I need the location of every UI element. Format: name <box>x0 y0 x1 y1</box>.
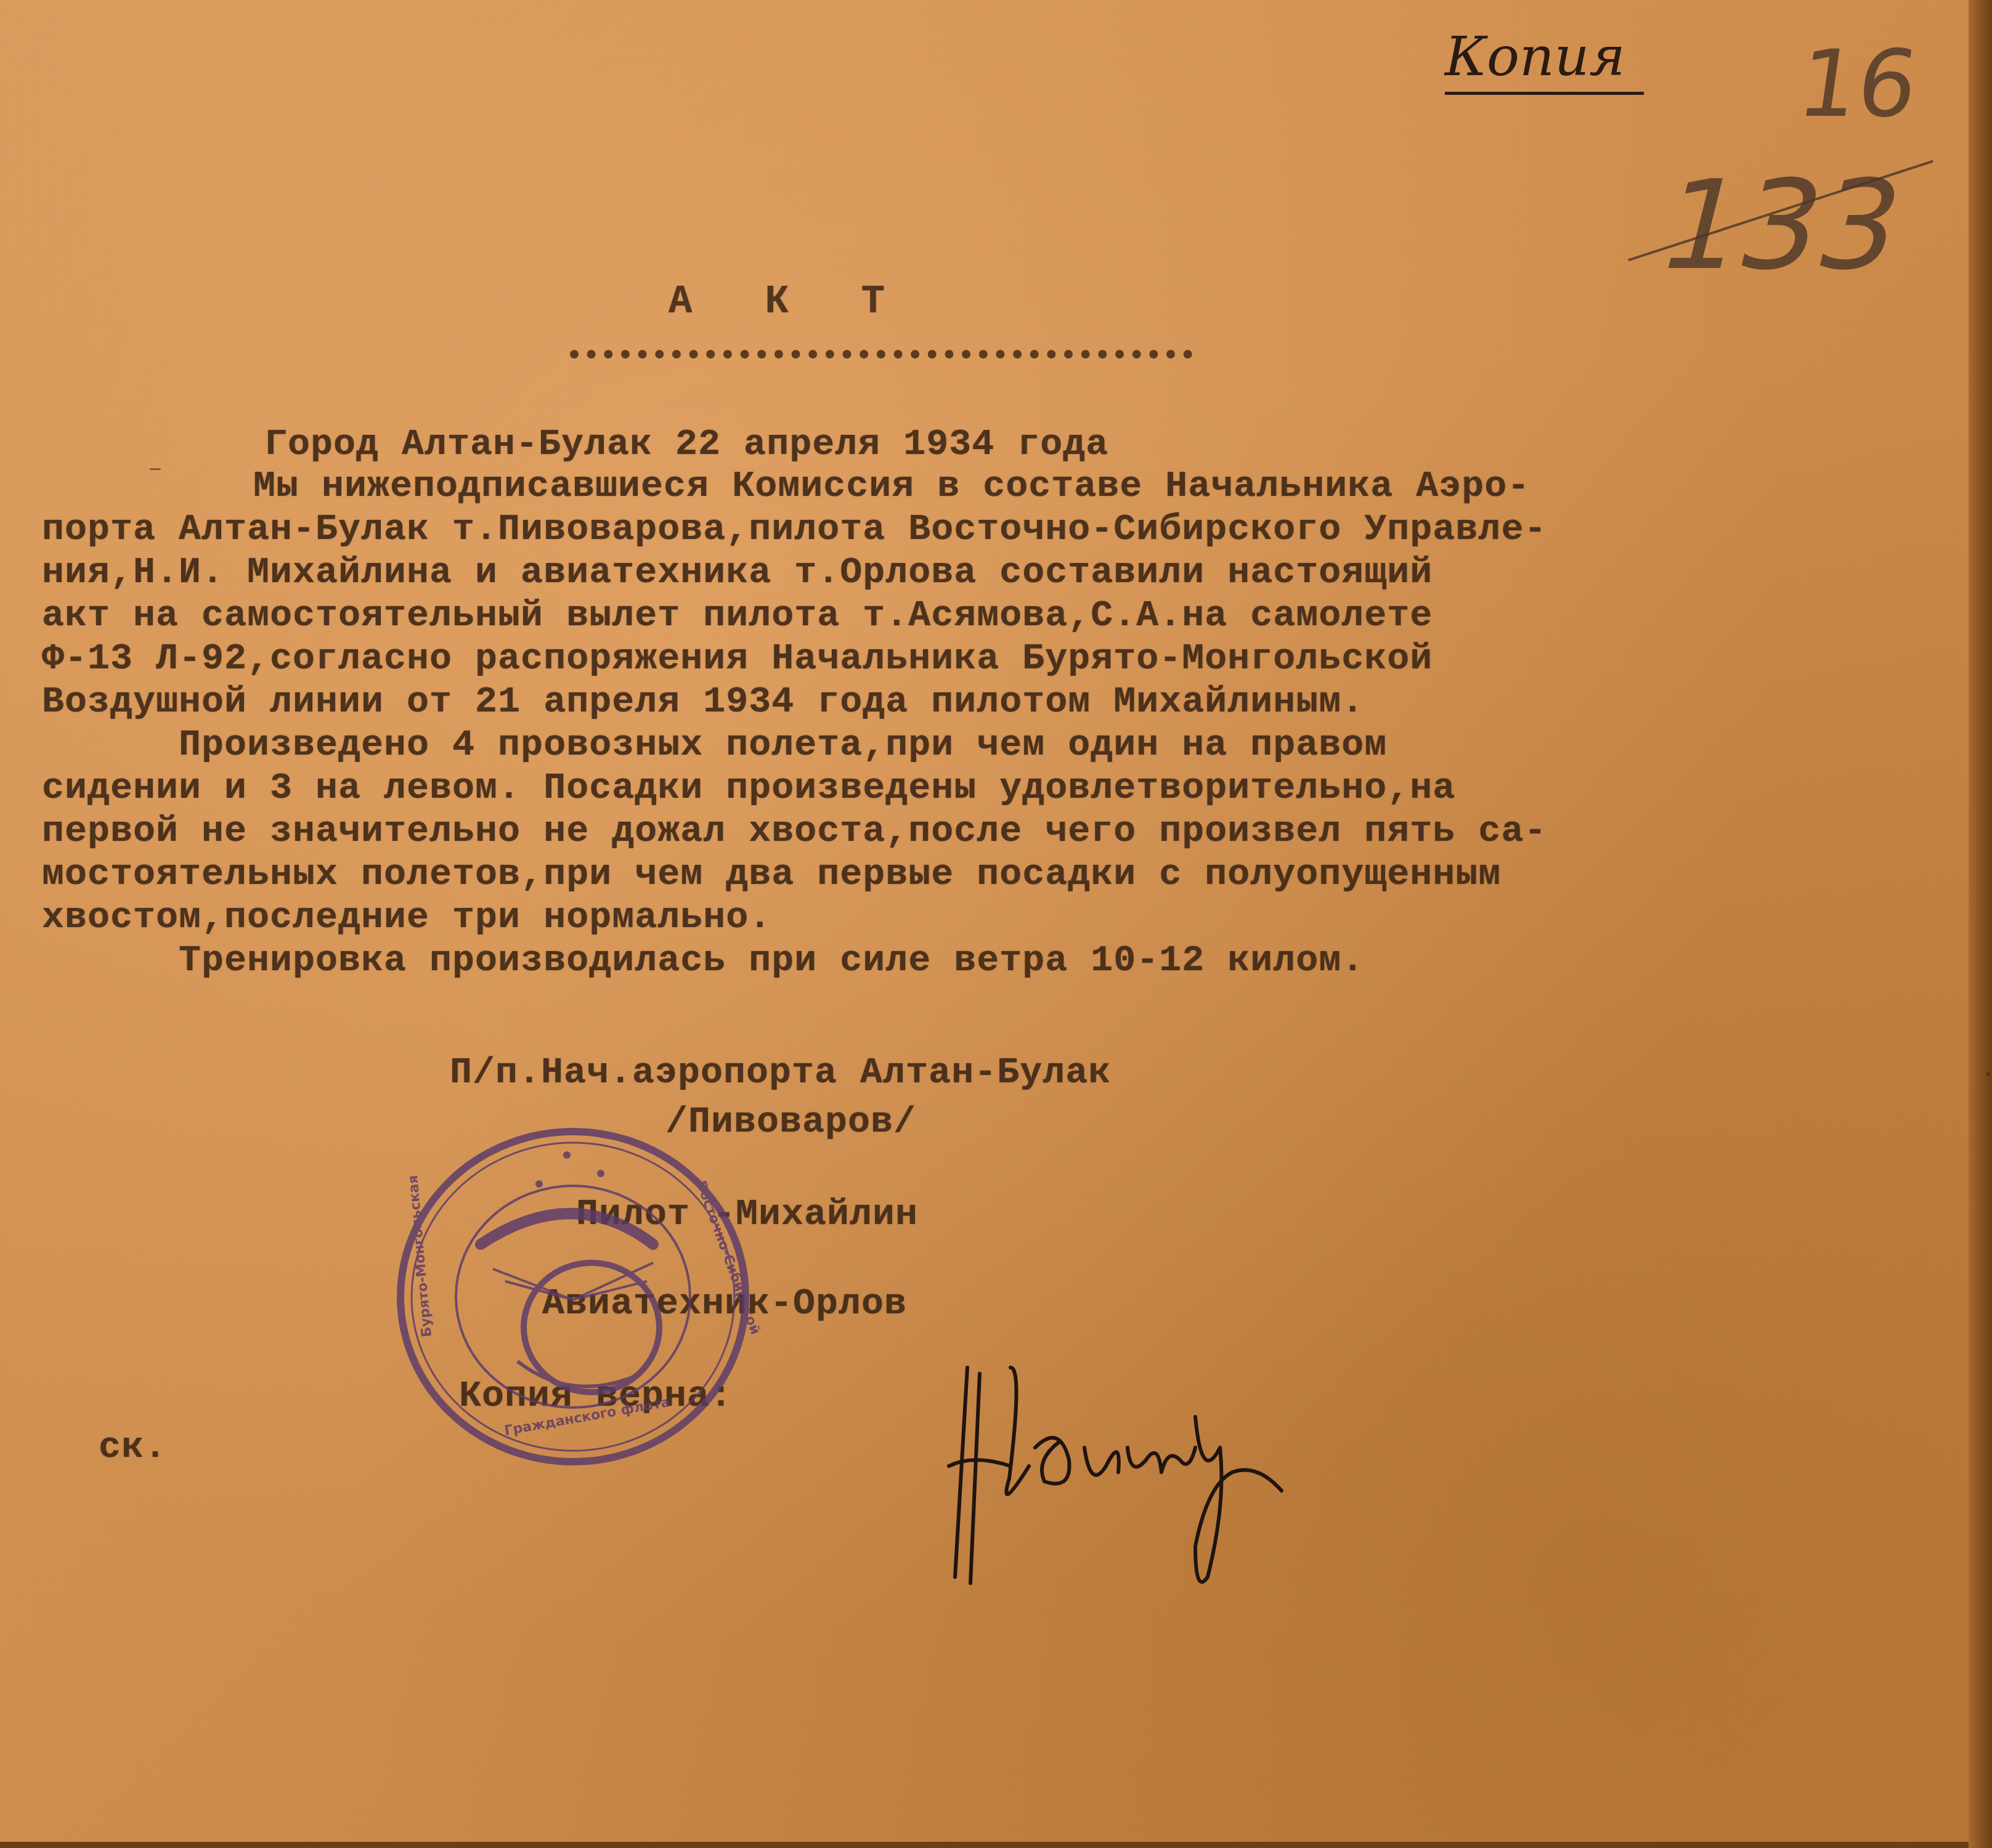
body-line: Мы нижеподписавшиеся Комиссия в составе … <box>185 467 1530 506</box>
body-line: мостоятельных полетов,при чем два первые… <box>42 855 1501 894</box>
body-line: сидении и 3 на левом. Посадки произведен… <box>42 769 1455 808</box>
svg-text:Гражданского флота: Гражданского флота <box>503 1395 672 1439</box>
sheet-number-top: 16 <box>1792 31 1924 138</box>
stray-mark: . <box>1981 1056 1992 1084</box>
document-title: АКТ <box>669 280 957 325</box>
header-line: Город Алтан-Булак 22 апреля 1934 года <box>265 425 1108 464</box>
body-line: ния,Н.И. Михайлина и авиатехника т.Орлов… <box>42 553 1433 593</box>
body-line: первой не значительно не дожал хвоста,по… <box>42 812 1547 851</box>
body-line: Произведено 4 провозных полета,при чем о… <box>42 726 1387 765</box>
svg-text:Восточно-Сибирской: Восточно-Сибирской <box>693 1179 763 1337</box>
official-seal-icon: Бурято-Монгольская Восточно-Сибирской Гр… <box>388 1115 764 1472</box>
body-line: хвостом,последние три нормально. <box>42 898 771 938</box>
title-dotted-rule <box>570 350 1192 359</box>
body-line: Тренировка производилась при силе ветра … <box>42 941 1364 981</box>
typist-mark: ск. <box>99 1428 167 1467</box>
body-line: акт на самостоятельный вылет пилота т.Ас… <box>42 596 1433 636</box>
copy-annotation: Копия <box>1445 25 1644 95</box>
page-edge-shadow <box>1969 0 1992 1848</box>
certifier-signature <box>937 1343 1405 1602</box>
body-line: Ф-13 Л-92,согласно распоряжения Начальни… <box>42 639 1433 679</box>
body-line: порта Алтан-Булак т.Пивоварова,пилота Во… <box>42 510 1547 549</box>
sheet-number-crossed: 133 <box>1646 154 1917 298</box>
body-line: Воздушной линии от 21 апреля 1934 года п… <box>42 683 1364 722</box>
stray-mark: – <box>148 456 163 484</box>
airport-head-title: П/п.Нач.аэропорта Алтан-Булак <box>450 1053 1111 1093</box>
